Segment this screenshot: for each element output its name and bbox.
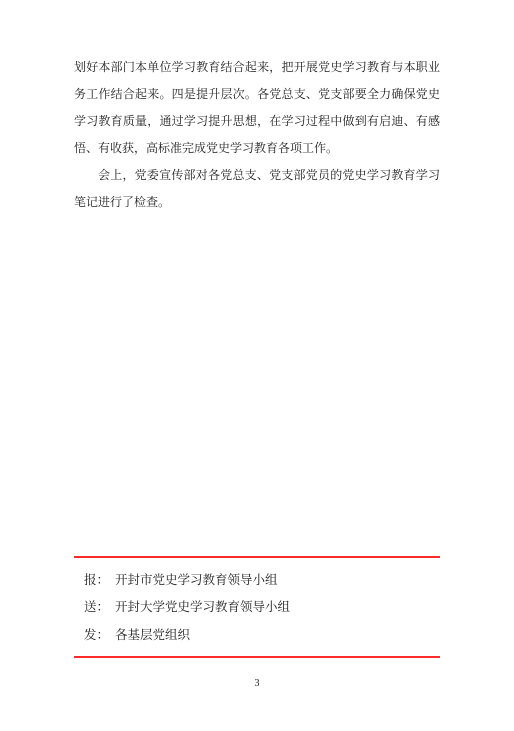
- paragraph-2: 会上，党委宣传部对各党总支、党支部党员的党史学习教育学习 笔记进行了检查。: [74, 162, 440, 216]
- paragraph-line: 笔记进行了检查。: [74, 189, 440, 216]
- distribution-row-send: 送：开封大学党史学习教育领导小组: [84, 597, 440, 617]
- paragraph-line: 务工作结合起来。四是提升层次。各党总支、党支部要全力确保党史: [74, 81, 440, 108]
- distribution-value: 各基层党组织: [115, 628, 190, 642]
- paragraph-line: 学习教育质量，通过学习提升思想，在学习过程中做到有启迪、有感: [74, 108, 440, 135]
- paragraph-line: 划好本部门本单位学习教育结合起来，把开展党史学习教育与本职业: [74, 54, 440, 81]
- paragraph-line: 悟、有收获，高标准完成党史学习教育各项工作。: [74, 135, 440, 162]
- colophon-top-rule: [74, 556, 440, 558]
- page-number: 3: [0, 677, 514, 691]
- distribution-label: 送：: [84, 600, 109, 614]
- paragraph-line: 会上，党委宣传部对各党总支、党支部党员的党史学习教育学习: [74, 162, 440, 189]
- distribution-row-report: 报：开封市党史学习教育领导小组: [84, 570, 440, 590]
- document-page: 划好本部门本单位学习教育结合起来，把开展党史学习教育与本职业 务工作结合起来。四…: [0, 0, 514, 731]
- colophon-bottom-rule: [74, 656, 440, 658]
- distribution-value: 开封大学党史学习教育领导小组: [115, 600, 290, 614]
- distribution-label: 发：: [84, 628, 109, 642]
- document-body: 划好本部门本单位学习教育结合起来，把开展党史学习教育与本职业 务工作结合起来。四…: [74, 54, 440, 216]
- distribution-label: 报：: [84, 573, 109, 587]
- distribution-value: 开封市党史学习教育领导小组: [115, 573, 278, 587]
- paragraph-1: 划好本部门本单位学习教育结合起来，把开展党史学习教育与本职业 务工作结合起来。四…: [74, 54, 440, 162]
- distribution-row-issue: 发：各基层党组织: [84, 625, 440, 645]
